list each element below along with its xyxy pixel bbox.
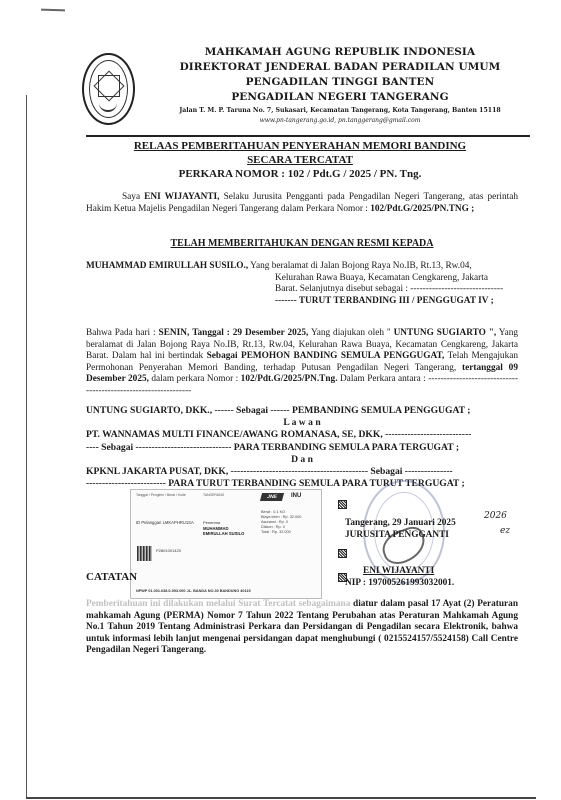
handwritten-year: 2026 <box>484 511 507 521</box>
recipient-block: MUHAMMAD EMIRULLAH SUSILO., Yang beralam… <box>86 261 518 307</box>
scan-mark <box>41 9 65 12</box>
party-appellant: UNTUNG SUGIARTO, DKK., ------ Sebagai --… <box>86 405 518 417</box>
note-paragraph: Pemberitahuan ini dilakukan melalui Sura… <box>86 599 518 657</box>
letterhead-line2: DIREKTORAT JENDERAL BADAN PERADILAN UMUM <box>140 60 540 75</box>
party-respondent-role: ---- Sebagai ---------------------------… <box>86 442 518 454</box>
signature-block: Tangerang, 29 Januari 2025 JURUSITA PENG… <box>345 517 525 589</box>
signature-title: JURUSITA PENGGANTI <box>345 529 525 541</box>
recipient-name: MUHAMMAD EMIRULLAH SUSILO., <box>86 261 248 271</box>
applicant-name: UNTUNG SUGIARTO ", <box>394 328 497 338</box>
jne-logo-icon: JNE <box>260 493 284 501</box>
receipt-recipient-label: Penerima <box>203 520 220 525</box>
intro-paragraph: Saya ENI WIJAYANTI, Selaku Jurusita Peng… <box>86 192 518 215</box>
applicant-capacity: Sebagai PEMOHON BANDING SEMULA PENGGUGAT… <box>207 351 445 361</box>
page-edge <box>26 95 27 798</box>
letterhead-line1: MAHKAMAH AGUNG REPUBLIK INDONESIA <box>140 45 540 60</box>
intro-case-ref: 102/Pdt.G/2025/PN.TNG ; <box>370 204 474 214</box>
receipt-customer-id: ID Pelanggan LMKAPHRU1SA <box>136 520 194 525</box>
body-paragraph: Bahwa Pada hari : SENIN, Tanggal : 29 De… <box>86 328 518 397</box>
title-line1: RELAAS PEMBERITAHUAN PENYERAHAN MEMORI B… <box>100 139 500 153</box>
party-and: D a n <box>86 454 518 466</box>
parties-block: UNTUNG SUGIARTO, DKK., ------ Sebagai --… <box>86 405 518 490</box>
customer-id-value: LMKAPHRU1SA <box>163 520 194 525</box>
body-case-ref: 102/Pdt.G/2025/PN.Tng. <box>241 374 338 384</box>
page-edge-bottom <box>26 797 536 799</box>
title-line2: SECARA TERCATAT <box>100 153 500 167</box>
shipping-receipt: Tanggal / Pengirim / Berat / Kode TANGER… <box>130 489 322 599</box>
recipient-address-1: Yang beralamat di Jalan Bojong Raya No.I… <box>248 261 472 271</box>
receipt-recipient-name: MUHAMMAD EMIRULLAH SUSILO <box>203 526 253 536</box>
letterhead-line3: PENGADILAN TINGGI BANTEN <box>140 75 540 90</box>
recipient-address-3: Barat. Selanjutnya disebut sebagai : ---… <box>86 284 518 296</box>
officer-name: ENI WIJAYANTI, <box>144 192 219 202</box>
qr-code-icon <box>137 546 152 561</box>
inu-logo-icon: INU <box>291 493 301 499</box>
body-text: dalam perkara Nomor : <box>149 374 241 384</box>
party-versus: L a w a n <box>86 417 518 429</box>
case-number: PERKARA NOMOR : 102 / Pdt.G / 2025 / PN.… <box>100 167 500 181</box>
document-title: RELAAS PEMBERITAHUAN PENYERAHAN MEMORI B… <box>100 139 500 181</box>
letterhead: MAHKAMAH AGUNG REPUBLIK INDONESIA DIREKT… <box>140 45 540 125</box>
party-co-respondent: KPKNL JAKARTA PUSAT, DKK, --------------… <box>86 466 518 478</box>
handwritten-initial: ez <box>500 526 510 536</box>
letterhead-address: Jalan T. M. P. Taruna No. 7, Sukasari, K… <box>140 106 540 116</box>
customer-id-label: ID Pelanggan <box>136 520 161 525</box>
letterhead-line4: PENGADILAN NEGERI TANGERANG <box>140 90 540 105</box>
receipt-costs: Berat : 0.1 KG Biaya kirim : Rp. 32.000 … <box>261 510 301 535</box>
recipient-role: ------- TURUT TERBANDING III / PENGGUGAT… <box>86 296 518 308</box>
recipient-address-2: Kelurahan Rawa Buaya, Kecamatan Cengkare… <box>86 273 518 285</box>
catatan-label: CATATAN <box>86 571 137 583</box>
notified-heading: TELAH MEMBERITAHUKAN DENGAN RESMI KEPADA <box>86 238 518 250</box>
intro-prefix: Saya <box>122 192 144 202</box>
receipt-footer: NPWP 01.001.638.0-093.000 JL. BANDA NO.3… <box>136 589 251 593</box>
receipt-origin: TANGERANG <box>203 493 224 497</box>
letterhead-web: www.pn-tangerang.go.id, pn.tanggerang@gm… <box>140 116 540 125</box>
receipt-total: Total : Rp. 32.000 <box>261 530 301 535</box>
party-respondent: PT. WANNAMAS MULTI FINANCE/AWANG ROMANAS… <box>86 429 518 441</box>
receipt-tracking: P2801001420 <box>156 548 181 553</box>
body-text: Bahwa Pada hari : <box>86 328 159 338</box>
qr-mark-icon <box>338 500 347 509</box>
signature-nip: NIP : 197005261993032001. <box>345 577 525 589</box>
hearing-day: SENIN, <box>159 328 190 338</box>
body-text: Yang diajukan oleh " <box>308 328 393 338</box>
note-lead: Pemberitahuan ini dilakukan melalui Sura… <box>86 599 350 609</box>
letterhead-divider <box>86 135 530 137</box>
signature-name: ENI WIJAYANTI <box>345 565 525 577</box>
court-seal-icon <box>82 53 135 125</box>
receipt-sender-info: Tanggal / Pengirim / Berat / Kode <box>136 493 196 497</box>
hearing-date: Tanggal : 29 Desember 2025, <box>192 328 308 338</box>
